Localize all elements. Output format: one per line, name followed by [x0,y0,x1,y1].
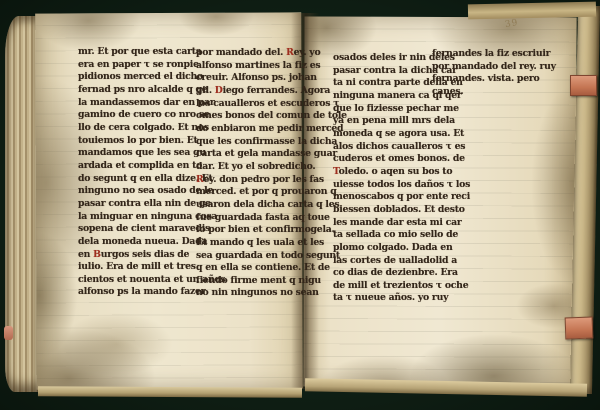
manuscript-line: merced. et por q prouaron q [196,186,302,199]
book-edge-top-right [468,2,596,20]
bookmark-tab-upper [570,75,597,96]
rubricated-initial: R [286,47,293,58]
manuscript-line: gamino de cuero co nro se [78,109,194,122]
manuscript-line: usaron dela dicha carta q les [196,199,302,212]
manuscript-line: do enbiaron me pedir merced [196,123,302,136]
bookmark-tab-lower [565,317,594,340]
manuscript-line: ta ni contra parte della en [333,77,445,90]
manuscript-line: menoscabos q por ente reci [333,191,445,204]
manuscript-line: cientos et nouenta et un años [78,274,194,287]
manuscript-line: iulio. Era de mill et tres [78,261,194,274]
manuscript-line: dar. Et yo el sobredicho. [196,161,302,174]
manuscript-line: llo de cera colgado. Et nos [78,122,194,135]
manuscript-line: ta sellada co mio sello de [333,229,445,242]
manuscript-line: las cortes de ualladolid a [333,255,445,268]
manuscript-line: q en ella se contiene. Et de [196,262,302,275]
manuscript-line: ardada et complida en to [78,160,194,173]
manuscript-line: uiesse todos los daños τ los [333,179,445,192]
manuscript-photo: 39 mr. Et por que esta cartaera en paper… [0,0,600,410]
rubricated-initial: B [93,249,101,260]
manuscript-line: osados deles ir nin deles [333,52,445,65]
manuscript-line: pidionos merced el dicho [78,71,194,84]
manuscript-line: touiemos lo por bien. Et [78,135,194,148]
manuscript-line: omes bonos del comun de tole [196,110,302,123]
manuscript-line: ya en pena mill mrs dela [333,115,445,128]
manuscript-line: cuderos et omes bonos. de [333,153,445,166]
manuscript-line: ninguna manera ca ql qer [333,90,445,103]
rubricated-initial: D [215,85,223,96]
manuscript-line: les mande dar esta mi car [333,217,445,230]
manuscript-line: co dias de dezienbre. Era [333,267,445,280]
manuscript-line: los caualleros et escuderos τ [196,98,302,111]
manuscript-line: en Burgos seis dias de [78,249,194,262]
manuscript-line: alos dichos caualleros τ es [333,141,445,154]
manuscript-line: gil. Diego ferrandes. Agora [196,85,302,98]
manuscript-line: sea guardada en todo segunt [196,250,302,263]
manuscript-line: Toledo. o aqen su bos to [333,166,445,179]
manuscript-line: Et mando q les uala et les [196,237,302,250]
manuscript-line: la minguar en ninguna cosa [78,211,194,224]
bookmark-tab-left-small [4,326,13,340]
manuscript-line: alfonso ps la mando fazer [78,286,194,299]
manuscript-line: fue guardada fasta aq toue [196,212,302,225]
manuscript-line: por mandado del. Rey. yo [196,47,302,60]
manuscript-line: carta et gela mandasse guar [196,148,302,161]
manuscript-line: ta τ nueue años. yo ruy [333,292,445,305]
manuscript-line: fernandes la fiz escriuir [432,48,544,61]
manuscript-line: do segunt q en ella dize. Et [78,173,194,186]
manuscript-line: pasar contra ella nin de ge [78,198,194,211]
right-page-column-1: osados deles ir nin delespasar contra la… [333,52,445,305]
manuscript-line: mandamos que les sea gu [78,147,194,160]
manuscript-line: biessen doblados. Et desto [333,204,445,217]
left-page-column-2: por mandado del. Rey. yoalfonso martines… [196,47,302,300]
manuscript-line: fernad ps nro alcalde q ge [78,84,194,97]
right-page-column-2: fernandes la fiz escriuirpor mandado del… [432,48,544,99]
manuscript-line: fernandes. vista. pero [432,73,544,86]
manuscript-line: por mandado del rey. ruy [432,61,544,74]
rubricated-initial: T [333,166,339,177]
rubricated-initial: R [196,174,203,185]
manuscript-line: era en paper τ se ronpie [78,59,194,72]
manuscript-line: alfonso martines la fiz es [196,60,302,73]
book-edge-bottom-left [38,386,302,397]
manuscript-line: creuir. Alfonso ps. johan [196,72,302,85]
manuscript-line: fiendo firme ment q nigu [196,275,302,288]
manuscript-line: ninguno no sea osado de le [78,185,194,198]
manuscript-line: Rey. don pedro por les fas [196,174,302,187]
manuscript-line: dela moneda nueua. Dada [78,236,194,249]
manuscript-line: moneda q se agora usa. Et [333,128,445,141]
manuscript-line: pasar contra la dicha car [333,65,445,78]
left-page-column-1: mr. Et por que esta cartaera en paper τ … [78,46,194,299]
manuscript-line: lo por bien et confirmogela. [196,224,302,237]
manuscript-line: no nin ningunos no sean [196,287,302,300]
manuscript-line: sopena de cient maravedis [78,223,194,236]
manuscript-line: de mill et trezientos τ oche [333,280,445,293]
manuscript-line: que les confirmasse la dicha [196,136,302,149]
manuscript-line: canes. [432,86,544,99]
manuscript-line: la mandassemos dar en par [78,97,194,110]
manuscript-line: plomo colgado. Dada en [333,242,445,255]
manuscript-line: mr. Et por que esta carta [78,46,194,59]
manuscript-line: que lo fiziesse pechar me [333,103,445,116]
